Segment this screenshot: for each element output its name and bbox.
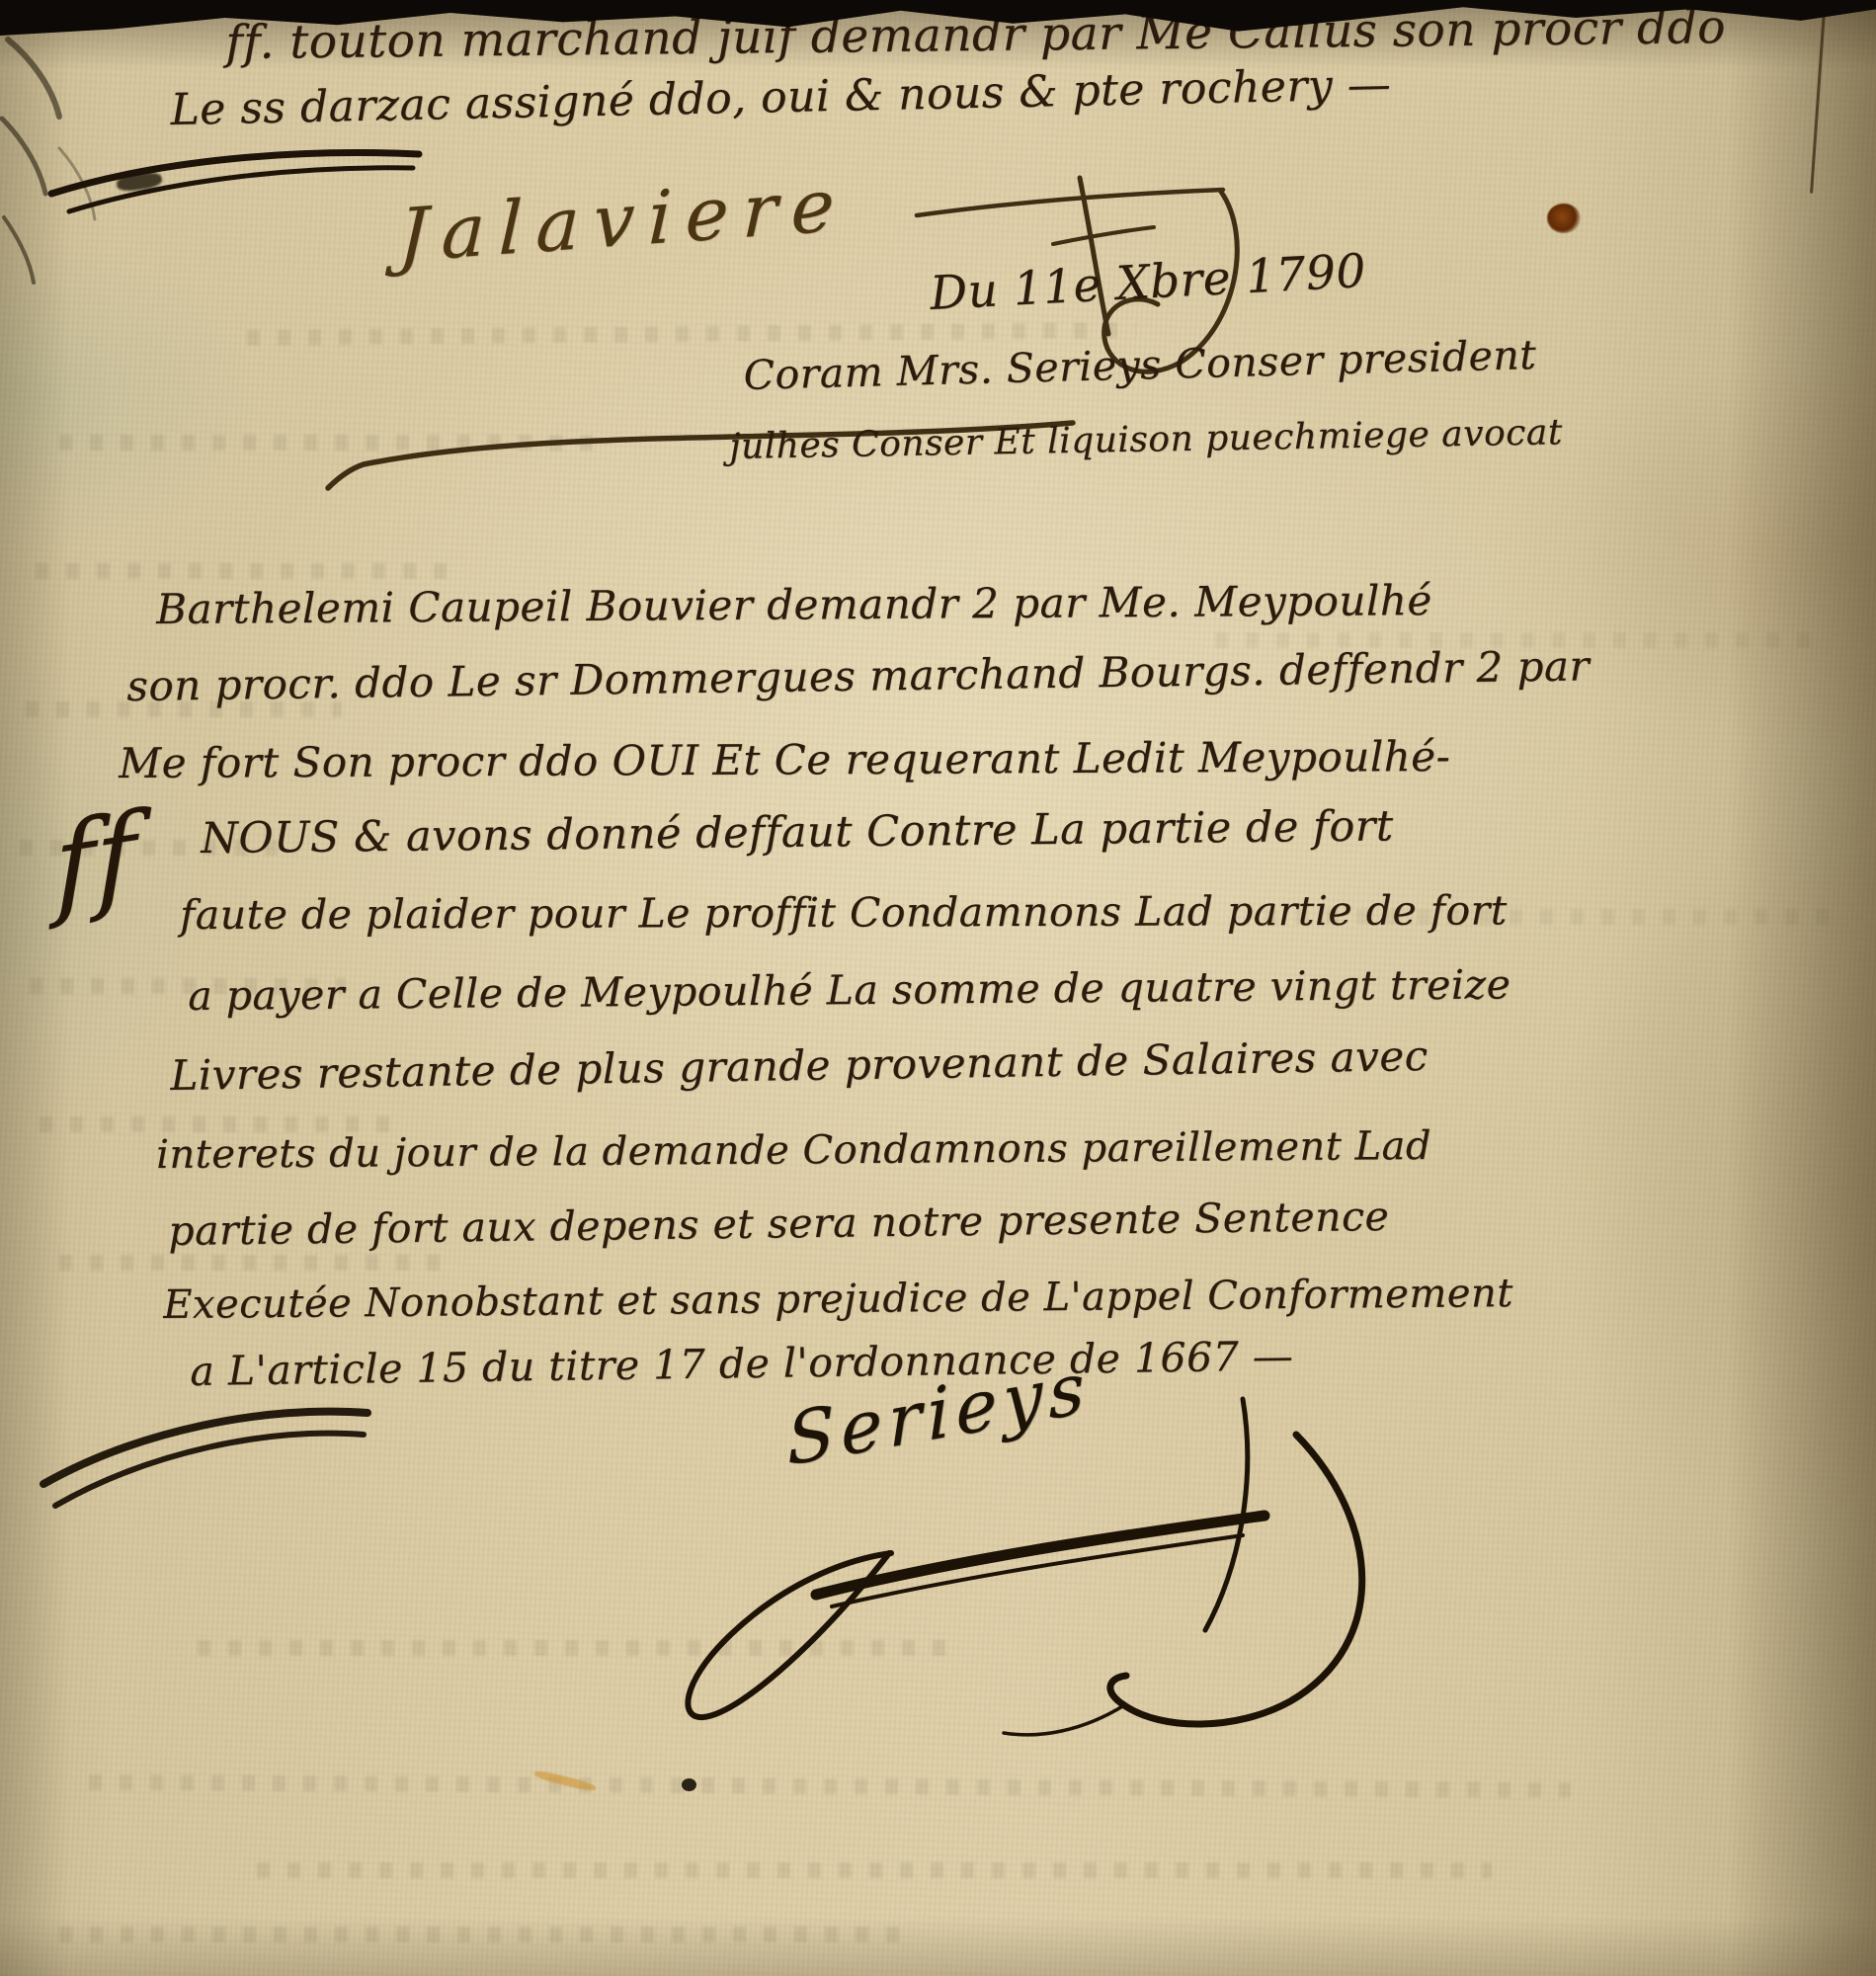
double-stroke-flourish-bottom — [43, 1412, 367, 1506]
body-line-3: Me fort Son procr ddo OUI Et Ce requeran… — [119, 732, 1450, 787]
bleed-through-texture — [40, 1116, 405, 1132]
body-line-11: a L'article 15 du titre 17 de l'ordonnan… — [190, 1332, 1294, 1395]
body-line-9: partie de fort aux depens et sera notre … — [168, 1193, 1390, 1255]
double-stroke-flourish-top — [51, 153, 419, 211]
ruled-margin-line — [1810, 0, 1827, 194]
ochre-stain — [533, 1769, 597, 1792]
bleed-through-texture — [89, 1774, 1571, 1798]
body-line-7: Livres restante de plus grande provenant… — [170, 1031, 1428, 1100]
body-line-4: NOUS & avons donné deffaut Contre La par… — [201, 801, 1394, 864]
case-heading: Jalaviere — [397, 162, 850, 279]
body-line-2: son procr. ddo Le sr Dommergues marchand… — [126, 641, 1590, 710]
body-line-5: faute de plaider pour Le proffit Condamn… — [180, 886, 1508, 939]
bleed-through-texture — [198, 1640, 948, 1656]
ink-smudge — [116, 171, 163, 193]
body-line-8: interets du jour de la demande Condamnon… — [156, 1123, 1431, 1178]
body-line-10: Executée Nonobstant et sans prejudice de… — [163, 1271, 1513, 1328]
body-line-1: Barthelemi Caupeil Bouvier demandr 2 par… — [156, 576, 1432, 633]
body-line-6: a payer a Celle de Meypoulhé La somme de… — [188, 960, 1511, 1020]
bleed-through-texture — [59, 435, 593, 451]
bleed-through-texture — [247, 322, 1136, 346]
coram-line: Coram Mrs. Serieys Conser president — [743, 331, 1537, 399]
manuscript-page: ff. touton marchand juif demandr par Me … — [0, 0, 1876, 1976]
date-line: Du 11e Xbre 1790 — [929, 244, 1367, 321]
bottom-shadow — [0, 1917, 1876, 1976]
right-page-curvature-shadow — [1728, 0, 1876, 1976]
left-margin-shadow — [0, 0, 69, 1976]
bleed-through-texture — [59, 1927, 909, 1942]
adjacent-page-fragment — [2, 40, 95, 283]
bleed-through-texture — [257, 1862, 1492, 1878]
bleed-through-texture — [59, 1255, 445, 1271]
margin-mark: ff — [53, 789, 137, 932]
bleed-through-texture — [36, 563, 460, 579]
header-line-2: Le ss darzac assigné ddo, oui & nous & p… — [170, 59, 1392, 135]
ink-blob — [682, 1778, 696, 1791]
counsel-line: julhes Conser Et liquison puechmiege avo… — [729, 412, 1563, 467]
rust-ink-spot — [1547, 204, 1581, 233]
